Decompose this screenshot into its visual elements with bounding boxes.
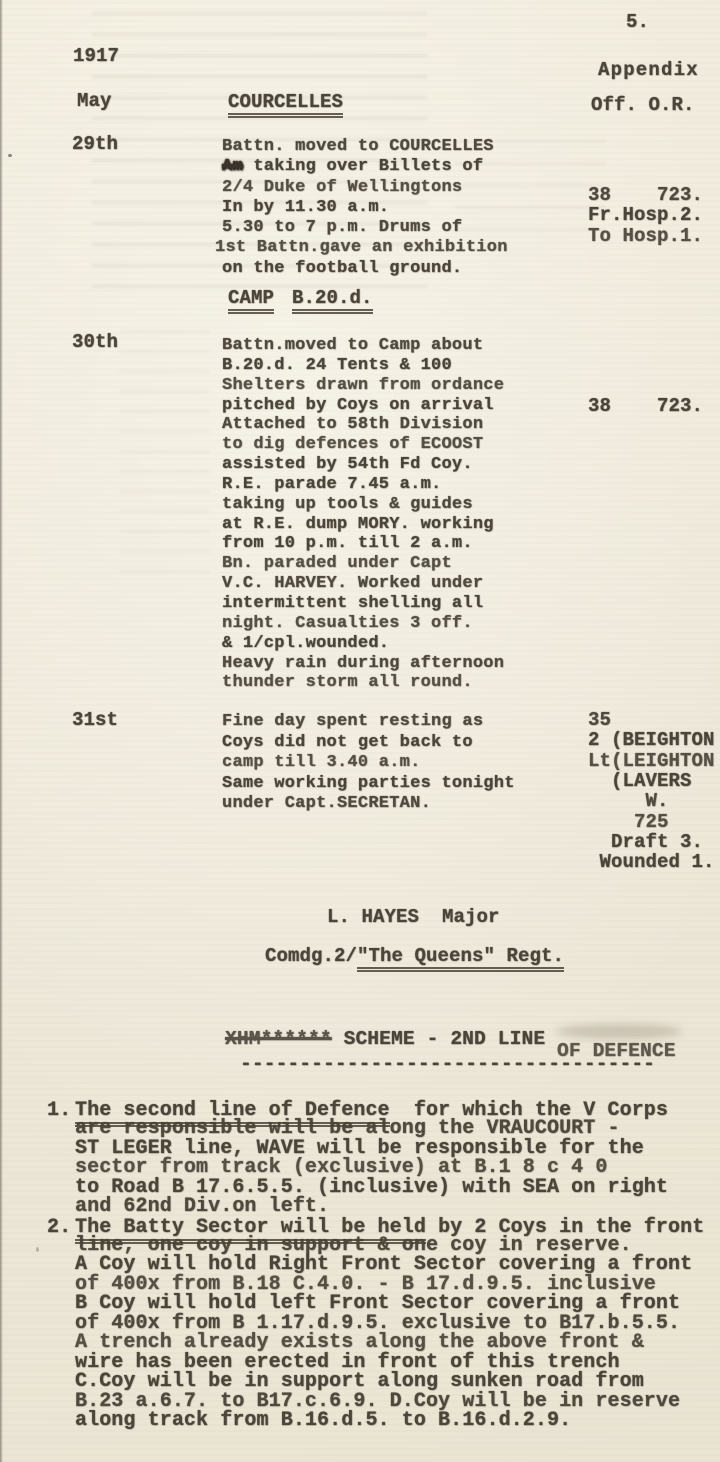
diary-line: Battn.moved to Camp about	[222, 336, 504, 356]
diary-line: Shelters drawn from ordance	[222, 376, 504, 396]
scheme-heading-divider: -----------------------------------	[240, 1053, 655, 1075]
diary-line: V.C. HARVEY. Worked under	[222, 574, 504, 594]
signature-unit-prefix: Comdg.2/	[265, 945, 357, 967]
margin-note: Wounded 1.	[588, 852, 715, 872]
diary-line: In by 11.30 a.m.	[222, 198, 508, 218]
margin-note: 38 723.	[588, 185, 703, 205]
diary-line: Same working parties tonight	[222, 774, 515, 795]
officers-or-column-label: Off. O.R.	[591, 95, 695, 115]
paper-speck	[8, 154, 12, 157]
list-item-number: 1.	[47, 1099, 71, 1122]
scheme-heading: XHM****** SCHEME - 2ND LINE	[225, 1028, 545, 1050]
entry-29-body: Battn. moved to COURCELLES Am taking ove…	[222, 137, 508, 279]
year-label: 1917	[73, 46, 119, 66]
list-item-line: along track from B.16.d.5. to B.16.d.2.9…	[75, 1411, 692, 1430]
diary-line: Attached to 58th Division	[222, 415, 504, 435]
camp-heading-word2: B.20.d.	[292, 288, 373, 308]
scheme-heading-text: SCHEME - 2ND LINE	[332, 1028, 545, 1050]
list-item-line: B.23 a.6.7. to B17.c.6.9. D.Coy will be …	[75, 1392, 692, 1411]
signature-unit: Comdg.2/"The Queens" Regt.	[265, 946, 564, 966]
diary-line: Heavy rain during afternoon	[222, 654, 504, 674]
camp-heading-word1: CAMP	[228, 288, 274, 308]
margin-note: W.	[588, 791, 715, 811]
diary-line: 2/4 Duke of Wellingtons	[222, 178, 508, 198]
diary-line-text: taking over Billets of	[243, 157, 483, 176]
paper-speck	[36, 1247, 39, 1252]
entry-31-body: Fine day spent resting as Coys did not g…	[222, 712, 515, 815]
diary-line: at R.E. dump MORY. working	[222, 515, 504, 535]
diary-line: intermittent shelling all	[222, 594, 504, 614]
bleedthrough-texture	[120, 330, 210, 590]
scan-edge	[0, 0, 3, 1462]
diary-line: 5.30 to 7 p.m. Drums of	[222, 218, 508, 238]
margin-note: Lt(LEIGHTON	[588, 751, 715, 771]
diary-line: 1st Battn.gave an exhibition	[215, 238, 508, 258]
diary-line: night. Casualties 3 off.	[222, 614, 504, 634]
location-heading: COURCELLES	[228, 92, 343, 112]
diary-line: under Capt.SECRETAN.	[222, 794, 515, 815]
appendix-label: Appendix	[598, 60, 699, 80]
diary-line: from 10 p.m. till 2 a.m.	[222, 534, 504, 554]
list-item-line: and 62nd Div.on left.	[75, 1197, 668, 1217]
signature-unit-name: "The Queens" Regt.	[357, 945, 564, 972]
struck-out-word: Am	[222, 157, 243, 176]
margin-note: (LAVERS	[588, 771, 715, 791]
margin-note: To Hosp.1.	[588, 226, 703, 246]
diary-line: & 1/cpl.wounded.	[222, 634, 504, 654]
diary-line: pitched by Coys on arrival	[222, 396, 504, 416]
entry-29-margin-notes: 38 723. Fr.Hosp.2. To Hosp.1.	[588, 185, 703, 246]
list-item-1-body: are responsible will be along the VRAUCO…	[75, 1119, 668, 1217]
margin-note: 725	[588, 812, 715, 832]
diary-line: Bn. paraded under Capt	[222, 554, 504, 574]
location-heading-text: COURCELLES	[228, 91, 343, 118]
diary-line: Am taking over Billets of	[222, 157, 508, 177]
list-item-line: of 400x from B.18 C.4.0. - B 17.d.9.5. i…	[75, 1275, 692, 1294]
diary-line: on the football ground.	[222, 259, 508, 279]
list-item-number: 2.	[47, 1216, 71, 1239]
diary-line: assisted by 54th Fd Coy.	[222, 455, 504, 475]
margin-note: Fr.Hosp.2.	[588, 205, 703, 225]
struck-out-prefix: XHM******	[225, 1028, 332, 1050]
entry-date-30th: 30th	[72, 332, 118, 352]
list-item-line: A trench already exists along the above …	[75, 1333, 692, 1352]
diary-line: Fine day spent resting as	[222, 712, 515, 733]
list-item-2-body: line, one coy in support & one coy in re…	[75, 1236, 692, 1431]
entry-31-margin-notes: 35 2 (BEIGHTON Lt(LEIGHTON (LAVERS W. 72…	[588, 710, 715, 873]
diary-line: B.20.d. 24 Tents & 100	[222, 356, 504, 376]
month-label: May	[77, 91, 112, 111]
war-diary-scanned-page: 5. 1917 Appendix May COURCELLES Off. O.R…	[0, 0, 720, 1462]
diary-line: taking up tools & guides	[222, 495, 504, 515]
page-number: 5.	[626, 12, 649, 32]
diary-line: Coys did not get back to	[222, 733, 515, 754]
signature-name: L. HAYES Major	[327, 907, 500, 927]
entry-date-29th: 29th	[72, 134, 118, 154]
diary-line: R.E. parade 7.45 a.m.	[222, 475, 504, 495]
list-item-line: B Coy will hold left Front Sector coveri…	[75, 1294, 692, 1313]
diary-line: camp till 3.40 a.m.	[222, 753, 515, 774]
diary-line: thunder storm all round.	[222, 673, 504, 693]
list-item-line: A Coy will hold Right Front Sector cover…	[75, 1255, 692, 1274]
camp-heading-text: B.20.d.	[292, 287, 373, 314]
entry-30-body: Battn.moved to Camp about B.20.d. 24 Ten…	[222, 336, 504, 693]
ink-smudge	[556, 1024, 682, 1039]
list-item-line: are responsible will be along the VRAUCO…	[75, 1119, 668, 1139]
diary-line: Battn. moved to COURCELLES	[222, 137, 508, 157]
diary-line: to dig defences of ECOOST	[222, 435, 504, 455]
list-item-line: line, one coy in support & one coy in re…	[75, 1236, 692, 1255]
margin-note: Draft 3.	[588, 832, 715, 852]
margin-note: 2 (BEIGHTON	[588, 730, 715, 750]
list-item-line: C.Coy will be in support along sunken ro…	[75, 1372, 692, 1391]
camp-heading-text: CAMP	[228, 287, 274, 314]
list-item-line: sector from track (exclusive) at B.1 8 c…	[75, 1158, 668, 1178]
entry-date-31st: 31st	[72, 710, 118, 730]
entry-30-margin-note: 38 723.	[588, 396, 703, 416]
margin-note: 35	[588, 710, 715, 730]
